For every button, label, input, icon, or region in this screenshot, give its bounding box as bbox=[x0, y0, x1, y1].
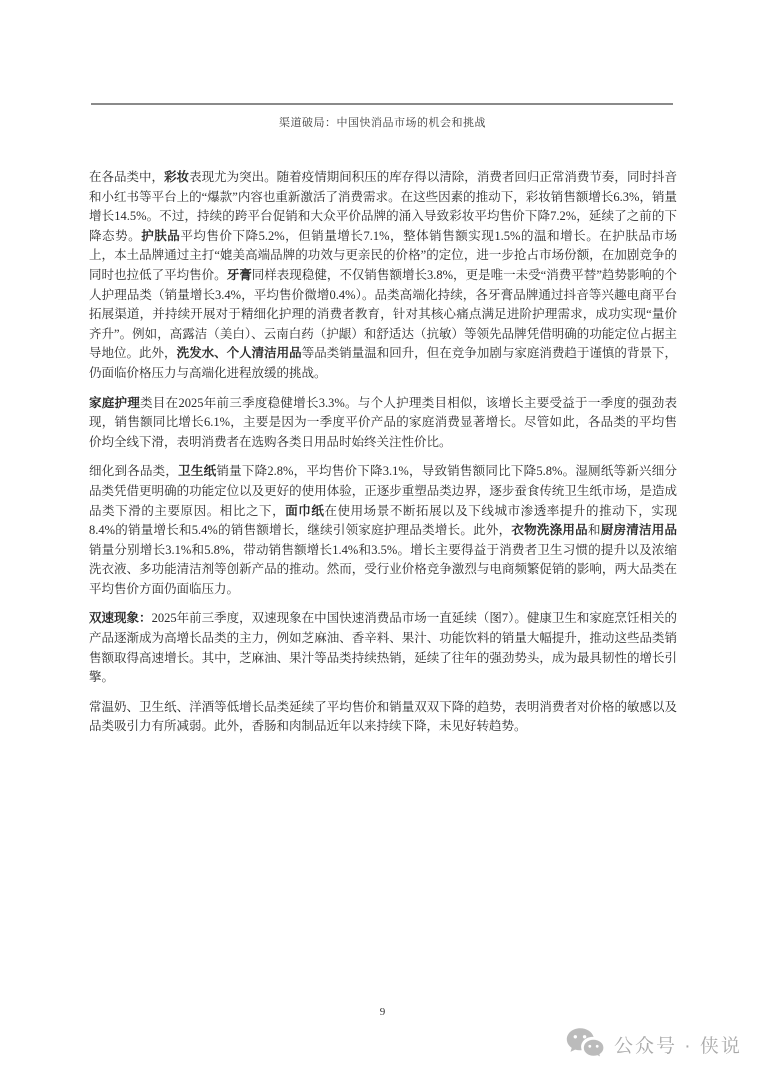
bold-term: 衣物洗涤用品 bbox=[511, 523, 588, 537]
text-run: 销量分别增长3.1%和5.8%，带动销售额增长1.4%和3.5%。增长主要得益于… bbox=[89, 543, 677, 596]
bold-term: 卫生纸 bbox=[178, 464, 216, 478]
watermark: 公众号 · 侠说 bbox=[566, 1027, 742, 1062]
paragraph: 细化到各品类，卫生纸销量下降2.8%，平均售价下降3.1%，导致销售额同比下降5… bbox=[89, 462, 677, 599]
paragraph: 常温奶、卫生纸、洋酒等低增长品类延续了平均售价和销量双双下降的趋势，表明消费者对… bbox=[89, 698, 677, 737]
header-title: 渠道破局：中国快消品市场的机会和挑战 bbox=[0, 114, 765, 130]
wechat-icon bbox=[566, 1027, 605, 1062]
paragraph: 家庭护理类目在2025年前三季度稳健增长3.3%。与个人护理类目相似，该增长主要… bbox=[89, 394, 677, 453]
bold-term: 厨房清洁用品 bbox=[601, 523, 677, 537]
paragraph: 双速现象：2025年前三季度，双速现象在中国快速消费品市场一直延续（图7）。健康… bbox=[89, 609, 677, 687]
bold-term: 洗发水、个人清洁用品 bbox=[177, 346, 302, 360]
bold-term: 面巾纸 bbox=[285, 504, 324, 518]
bold-term: 牙膏 bbox=[227, 268, 252, 282]
bold-term: 家庭护理 bbox=[89, 396, 140, 410]
bold-term: 护肤品 bbox=[141, 229, 180, 243]
watermark-text: 公众号 · 侠说 bbox=[614, 1031, 742, 1058]
text-run: 细化到各品类， bbox=[89, 464, 178, 478]
text-run: 常温奶、卫生纸、洋酒等低增长品类延续了平均售价和销量双双下降的趋势，表明消费者对… bbox=[89, 700, 677, 734]
text-run: 在各品类中， bbox=[89, 170, 164, 184]
header-divider bbox=[91, 103, 673, 105]
document-page: 渠道破局：中国快消品市场的机会和挑战 在各品类中，彩妆表现尤为突出。随着疫情期间… bbox=[0, 0, 765, 1073]
page-number: 9 bbox=[0, 1006, 765, 1018]
bold-term: 彩妆 bbox=[164, 170, 189, 184]
text-run: 类目在2025年前三季度稳健增长3.3%。与个人护理类目相似，该增长主要受益于一… bbox=[89, 396, 677, 449]
text-run: 2025年前三季度，双速现象在中国快速消费品市场一直延续（图7）。健康卫生和家庭… bbox=[89, 611, 677, 684]
bold-term: 双速现象： bbox=[89, 611, 152, 625]
document-body: 在各品类中，彩妆表现尤为突出。随着疫情期间积压的库存得以清除，消费者回归正常消费… bbox=[89, 168, 677, 747]
paragraph: 在各品类中，彩妆表现尤为突出。随着疫情期间积压的库存得以清除，消费者回归正常消费… bbox=[89, 168, 677, 384]
text-run: 和 bbox=[588, 523, 601, 537]
